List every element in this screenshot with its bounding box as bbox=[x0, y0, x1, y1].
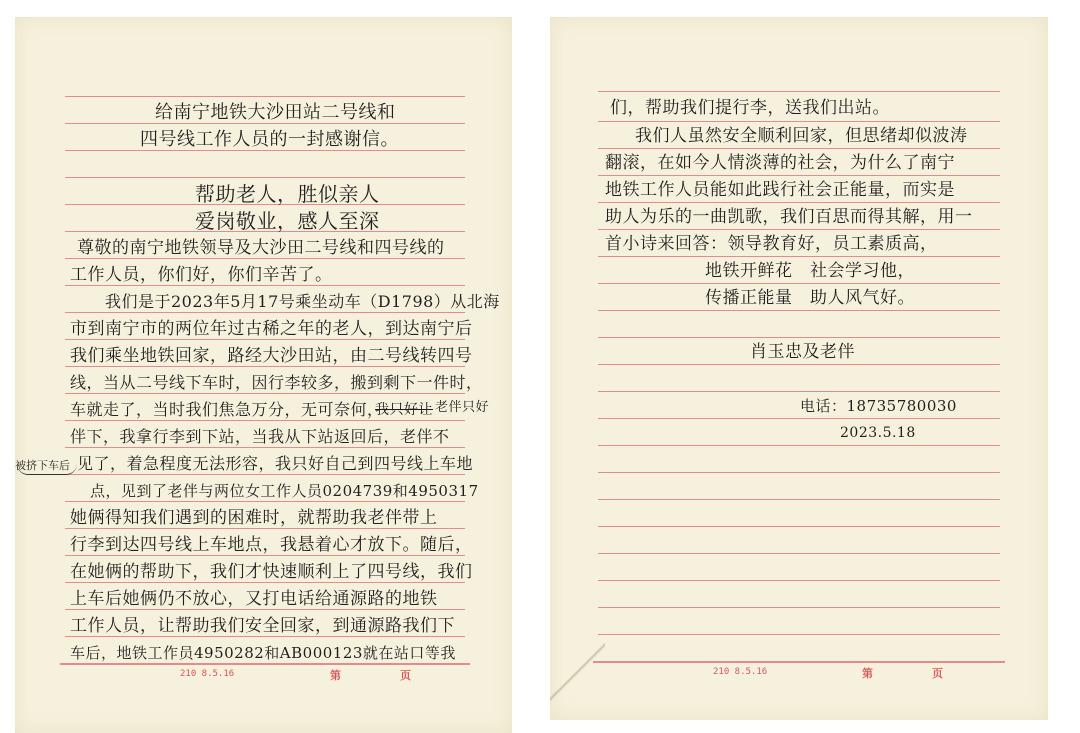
letter-page-2: ​ 们，帮助我们提行李，送我们出站。 我们人虽然安全顺利回家，但思绪却似波涛 翻… bbox=[550, 17, 1048, 720]
letter-date: 2023.5.18 bbox=[840, 422, 916, 444]
page-label-ye: 页 bbox=[932, 665, 943, 681]
paper-crease bbox=[550, 627, 605, 717]
body-line: 见了，着急程度无法形容，我只好自己到四号线上车地 bbox=[77, 453, 473, 475]
rule-line bbox=[598, 229, 1000, 230]
body-line: 在她俩的帮助下，我们才快速顺利上了四号线，我们 bbox=[70, 561, 473, 583]
letter-title-line-1: 给南宁地铁大沙田站二号线和 bbox=[155, 102, 396, 124]
struck-text: 我只好让 bbox=[375, 399, 433, 421]
body-line: 们，帮助我们提行李，送我们出站。 bbox=[610, 97, 890, 119]
body-line: 地铁工作人员能如此践行社会正能量，而实是 bbox=[605, 179, 955, 201]
body-line: 上车后她俩仍不放心，又打电话给通源路的地铁 bbox=[70, 588, 438, 610]
phone-number: 电话：18735780030 bbox=[800, 395, 957, 417]
rule-line bbox=[598, 364, 1000, 365]
body-line: 车后，地铁工作员4950282和AB000123就在站口等我 bbox=[70, 642, 456, 664]
margin-note-bracket bbox=[17, 464, 77, 475]
rule-line bbox=[598, 526, 1000, 527]
rule-line bbox=[598, 445, 1000, 446]
rule-line bbox=[598, 121, 1000, 122]
letter-subtitle-2: 爱岗敬业，感人至深 bbox=[195, 210, 380, 232]
poem-line: 传播正能量 助人风气好。 bbox=[705, 287, 915, 309]
rule-line bbox=[598, 553, 1000, 554]
page-label-di: 第 bbox=[330, 667, 341, 683]
body-line: 点，见到了老伴与两位女工作人员0204739和4950317 bbox=[90, 480, 479, 502]
rule-line bbox=[598, 391, 1000, 392]
rule-line bbox=[598, 148, 1000, 149]
poem-line: 地铁开鲜花 社会学习他， bbox=[705, 260, 915, 282]
body-line: 首小诗来回答：领导教育好，员工素质高， bbox=[605, 233, 938, 255]
body-line: 行李到达四号线上车地点，我悬着心才放下。随后， bbox=[70, 534, 473, 556]
body-line: 翻滚，在如今人情淡薄的社会，为什么了南宁 bbox=[605, 152, 955, 174]
page-label-di: 第 bbox=[862, 665, 873, 681]
body-line: 工作人员，让帮助我们安全回家，到通源路我们下 bbox=[70, 615, 455, 637]
rule-line bbox=[65, 96, 465, 97]
rule-line bbox=[598, 580, 1000, 581]
body-line: 伴下，我拿行李到下站，当我从下站返回后，老伴不 bbox=[70, 426, 450, 448]
rule-line bbox=[598, 283, 1000, 284]
rule-line bbox=[598, 175, 1000, 176]
body-line: 尊敬的南宁地铁领导及大沙田二号线和四号线的 bbox=[77, 237, 445, 259]
rule-line bbox=[598, 634, 1000, 635]
rule-line bbox=[598, 337, 1000, 338]
inserted-text: 老伴只好 bbox=[435, 397, 489, 419]
body-line: 她俩得知我们遇到的困难时，就帮助我老伴带上 bbox=[70, 507, 438, 529]
rule-line bbox=[598, 310, 1000, 311]
rule-line bbox=[598, 607, 1000, 608]
body-line: 助人为乐的一曲凯歌，我们百思而得其解，用一 bbox=[605, 206, 973, 228]
rule-line bbox=[65, 177, 465, 178]
letter-subtitle-1: 帮助老人，胜似亲人 bbox=[195, 183, 380, 205]
rule-line bbox=[598, 418, 1000, 419]
rule-line bbox=[598, 256, 1000, 257]
rule-line bbox=[598, 499, 1000, 500]
body-line: 我们人虽然安全顺利回家，但思绪却似波涛 bbox=[635, 125, 968, 147]
paper-print-code: 210 8.5.16 bbox=[180, 669, 234, 679]
rule-line bbox=[598, 91, 1000, 92]
body-line: 车就走了，当时我们焦急万分，无可奈何， bbox=[70, 399, 384, 421]
letter-title-line-2: 四号线工作人员的一封感谢信。 bbox=[140, 129, 399, 151]
body-line: 我们是于2023年5月17号乘坐动车（D1798）从北海 bbox=[105, 291, 500, 313]
body-line: 市到南宁市的两位年过古稀之年的老人，到达南宁后 bbox=[70, 318, 473, 340]
rule-line-bottom bbox=[593, 661, 1005, 663]
rule-line bbox=[598, 472, 1000, 473]
rule-line bbox=[598, 202, 1000, 203]
signature: 肖玉忠及老伴 bbox=[750, 341, 855, 363]
body-line: 线，当从二号线下车时，因行李较多，搬到剩下一件时， bbox=[70, 372, 483, 394]
body-line: 我们乘坐地铁回家，路经大沙田站，由二号线转四号 bbox=[70, 345, 473, 367]
body-line: 工作人员，你们好，你们辛苦了。 bbox=[70, 264, 333, 286]
paper-print-code: 210 8.5.16 bbox=[713, 667, 767, 677]
page-label-ye: 页 bbox=[400, 667, 411, 683]
letter-page-1: 给南宁地铁大沙田站二号线和 四号线工作人员的一封感谢信。 帮助老人，胜似亲人 爱… bbox=[15, 17, 512, 733]
